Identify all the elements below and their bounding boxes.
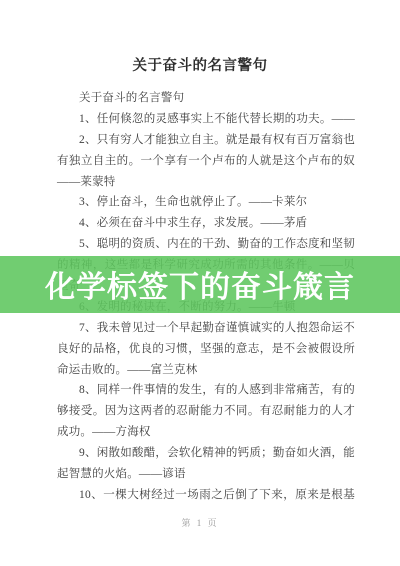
doc-line: 9、闲散如酸醋，会软化精神的钙质；勤奋如火酒，能燃烧	[57, 443, 355, 464]
doc-line: 命运击败的。——富兰克林	[57, 360, 355, 381]
doc-line: 良好的品格，优良的习惯，坚强的意志，是不会被假设所谓的	[57, 339, 355, 360]
doc-line: 起智慧的火焰。——谚语	[57, 464, 355, 485]
caption-overlay-banner: 化学标签下的奋斗箴言	[0, 256, 400, 313]
doc-line: 3、停止奋斗，生命也就停止了。——卡莱尔	[57, 192, 355, 213]
doc-line: 8、同样一件事情的发生，有的人感到非常痛苦，有的人能	[57, 380, 355, 401]
doc-line: 7、我未曾见过一个早起勤奋谨慎诚实的人抱怨命运不好；	[57, 318, 355, 339]
doc-line: 成功。——方海权	[57, 422, 355, 443]
doc-line: 10、一棵大树经过一场雨之后倒了下来，原来是根基短浅。	[57, 485, 355, 506]
document-page: 关于奋斗的名言警句 关于奋斗的名言警句1、任何倏忽的灵感事实上不能代替长期的功夫…	[0, 0, 400, 566]
doc-line: 关于奋斗的名言警句	[57, 88, 355, 109]
doc-line: ——莱蒙特	[57, 172, 355, 193]
doc-line: 有独立自主的。一个享有一个卢布的人就是这个卢布的奴隶。	[57, 151, 355, 172]
caption-overlay-label: 化学标签下的奋斗箴言	[45, 262, 355, 308]
doc-line: 5、聪明的资质、内在的干劲、勤奋的工作态度和坚韧不拔	[57, 234, 355, 255]
doc-line: 2、只有穷人才能独立自主。就是最有权有百万富翁也是没	[57, 130, 355, 151]
doc-line: 够接受。因为这两者的忍耐能力不同。有忍耐能力的人才容易	[57, 401, 355, 422]
page-title: 关于奋斗的名言警句	[0, 54, 400, 75]
doc-line: 4、必须在奋斗中求生存，求发展。——茅盾	[57, 213, 355, 234]
page-number-footer: 第 1 页	[0, 516, 400, 529]
doc-line: 1、任何倏忽的灵感事实上不能代替长期的功夫。——罗丹	[57, 109, 355, 130]
